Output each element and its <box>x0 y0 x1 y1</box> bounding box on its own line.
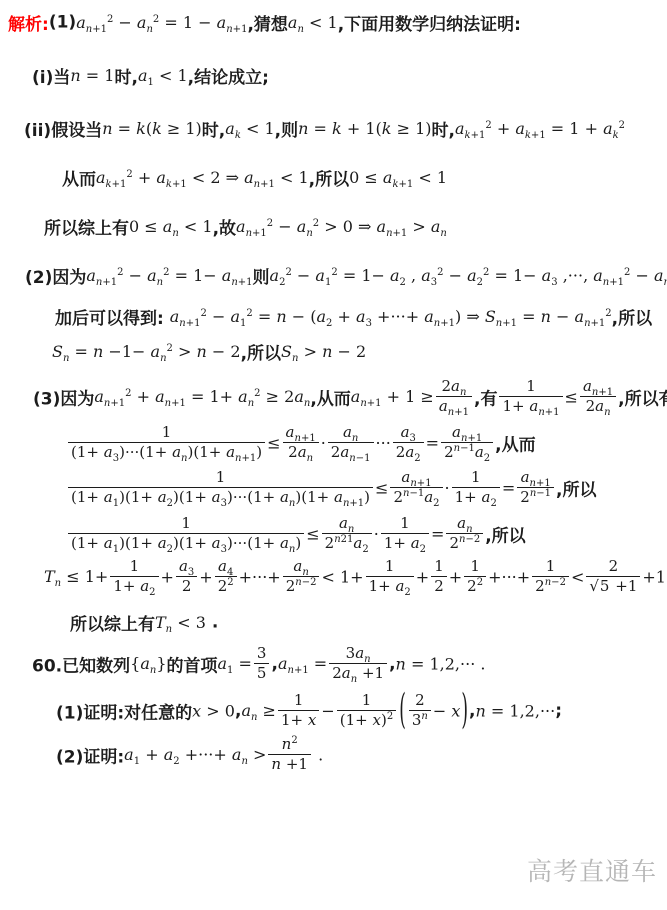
fraction: a32 <box>176 558 197 596</box>
fraction: a422 <box>215 558 237 596</box>
math-run: − x <box>433 701 461 720</box>
math-run: 0 ≤ ak+1 < 1 <box>349 168 447 187</box>
document-line-9: (3)因为an+12 + an+1 = 1+ an2 ≥ 2an,从而an+1 … <box>33 378 667 416</box>
math-run: + <box>199 567 212 586</box>
document-line-14: 所以综上有Tn < 3 . <box>70 610 667 635</box>
math-run: n = 1,2,··· . <box>396 654 486 673</box>
fraction: an2n−2 <box>283 558 320 596</box>
document-line-2: (i)当n = 1时,a1 < 1,结论成立; <box>32 63 667 88</box>
math-run: = <box>426 433 439 452</box>
fraction: n2n +1 <box>268 736 311 774</box>
fraction: 11+ a2 <box>452 469 500 507</box>
fraction: an+12n−1a2 <box>441 424 493 462</box>
math-run: a1 < 1 <box>138 66 188 85</box>
math-run: a1 + a2 +···+ an > <box>124 745 266 764</box>
math-run: +···+ <box>488 567 530 586</box>
math-run: {an} <box>130 654 166 673</box>
document-line-13: Tn ≤ 1+11+ a2+a32+a422+···+an2n−2< 1+11+… <box>44 558 667 596</box>
math-run: + <box>449 567 462 586</box>
text-run: ,所以 <box>612 309 652 329</box>
text-run: ,有 <box>474 389 497 409</box>
fraction: an+12n−1 <box>517 469 554 507</box>
math-run: + <box>161 567 174 586</box>
text-run: (i)当 <box>32 68 70 88</box>
text-run: 则 <box>253 268 270 288</box>
fraction: an+12an <box>580 378 616 416</box>
fraction: 11+ a2 <box>366 558 414 596</box>
fraction: 2√5 +1 <box>586 558 640 596</box>
math-run: an+12 − an2 = 1 − an+1 <box>76 13 247 32</box>
document-line-11: 1(1+ a1)(1+ a2)(1+ a3)···(1+ an)(1+ an+1… <box>66 469 667 507</box>
text-run: 从而 <box>62 170 96 190</box>
label-jiexi: 解析: <box>8 15 49 35</box>
document-line-3: (ii)假设当n = k(k ≥ 1)时,ak < 1,则n = k + 1(k… <box>24 116 667 141</box>
big-paren: ) <box>461 687 468 735</box>
math-run: n = 1,2,··· <box>475 701 555 720</box>
fraction: 35 <box>254 645 270 683</box>
math-run: Tn < 3 <box>155 613 206 632</box>
document-line-17: (2)证明:a1 + a2 +···+ an >n2n +1 . <box>56 736 667 774</box>
text-run: ; <box>555 701 562 721</box>
math-run: ≤ <box>306 524 319 543</box>
math-run: an+12 + an+1 = 1+ an2 ≥ 2an <box>94 387 310 406</box>
text-run: ,从而 <box>495 435 535 455</box>
document-line-15: 60.已知数列{an}的首项a1 =35,an+1 =3an2an +1,n =… <box>32 645 667 683</box>
text-run: (1)证明:对任意的 <box>56 703 192 723</box>
math-run: n = k + 1(k ≥ 1) <box>298 119 431 138</box>
math-run: ≤ <box>565 387 578 406</box>
text-run: 的首项 <box>167 656 218 676</box>
math-run: n = k(k ≥ 1) <box>102 119 202 138</box>
fraction: 11+ x <box>278 692 319 730</box>
math-run: an+12 − a12 = n − (a2 + a3 +···+ an+1) ⇒… <box>170 307 612 326</box>
document-page: 解析:(1)an+12 − an2 = 1 − an+1,猜想an < 1,下面… <box>0 0 667 910</box>
math-run: +···+ <box>239 567 281 586</box>
text-run: ,结论成立; <box>188 68 269 88</box>
text-run: ,所以 <box>241 344 281 364</box>
math-run: an+12 − an2 = 1− an+1 <box>86 266 252 285</box>
math-run: ≤ <box>375 478 388 497</box>
text-run: ,所以 <box>556 480 596 500</box>
text-run: 时, <box>202 121 225 141</box>
math-run: +1+1 < 3 <box>642 567 667 586</box>
document-line-10: 1(1+ a3)···(1+ an)(1+ an+1)≤an+12an·an2a… <box>66 424 667 462</box>
fraction: 3an2an +1 <box>329 645 387 683</box>
text-run: 时, <box>432 121 455 141</box>
math-run: 0 ≤ an < 1 <box>129 217 213 236</box>
math-run: an < 1 <box>288 13 338 32</box>
document-line-8: Sn = n −1− an2 > n − 2,所以Sn > n − 2 <box>52 339 667 364</box>
text-run: 60.已知数列 <box>32 656 130 676</box>
document-line-5: 所以综上有0 ≤ an < 1,故an+12 − an2 > 0 ⇒ an+1 … <box>44 214 667 239</box>
math-run: + <box>416 567 429 586</box>
fraction: an+12n−1a2 <box>390 469 442 507</box>
math-run: < <box>571 567 584 586</box>
math-run: < 1+ <box>321 567 363 586</box>
text-run: ,从而 <box>310 389 350 409</box>
math-run: − <box>321 701 334 720</box>
fraction: an2n−2 <box>446 515 483 553</box>
math-run: ak+12 + ak+1 < 2 ⇒ an+1 < 1 <box>96 168 309 187</box>
fraction: 11+ an+1 <box>499 378 562 416</box>
document-line-6: (2)因为an+12 − an2 = 1− an+1则a22 − a12 = 1… <box>25 263 667 288</box>
text-run: . <box>206 612 218 632</box>
math-run: · <box>445 478 450 497</box>
fraction: 1(1+ a1)(1+ a2)(1+ a3)···(1+ an) <box>68 515 304 553</box>
math-run: = <box>431 524 444 543</box>
fraction: a32a2 <box>393 424 424 462</box>
fraction: an+12an <box>283 424 319 462</box>
document-line-4: 从而ak+12 + ak+1 < 2 ⇒ an+1 < 1,所以0 ≤ ak+1… <box>62 165 667 190</box>
math-run: a22 − a12 = 1− a2 , a32 − a22 = 1− a3 ,·… <box>270 266 667 285</box>
fraction: 2anan+1 <box>436 378 472 416</box>
fraction: 23n <box>409 692 431 730</box>
text-run: (2)证明: <box>56 747 124 767</box>
math-run: x > 0 <box>192 701 235 720</box>
text-run: 时, <box>114 68 137 88</box>
text-run: (2)因为 <box>25 268 86 288</box>
fraction: 1(1+ x)2 <box>337 692 396 730</box>
text-run: ,所以 <box>485 526 525 546</box>
document-line-1: 解析:(1)an+12 − an2 = 1 − an+1,猜想an < 1,下面… <box>8 10 667 35</box>
math-run: ≤ <box>267 433 280 452</box>
fraction: 12n−2 <box>532 558 569 596</box>
document-line-16: (1)证明:对任意的x > 0,an ≥11+ x−1(1+ x)2(23n− … <box>56 692 667 730</box>
text-run: (1) <box>49 13 76 33</box>
text-run: ,所以有 <box>618 389 667 409</box>
math-run: = <box>502 478 515 497</box>
document-line-7: 加后可以得到: an+12 − a12 = n − (a2 + a3 +···+… <box>55 304 667 329</box>
big-paren: ( <box>399 687 406 735</box>
text-run: ,故 <box>213 219 236 239</box>
document-line-12: 1(1+ a1)(1+ a2)(1+ a3)···(1+ an)≤an2n21a… <box>66 515 667 553</box>
text-run: ,所以 <box>309 170 349 190</box>
math-run: . <box>313 745 323 764</box>
fraction: 12 <box>431 558 447 596</box>
text-run: (ii)假设当 <box>24 121 102 141</box>
math-run: an+12 − an2 > 0 ⇒ an+1 > an <box>236 217 447 236</box>
fraction: 1(1+ a1)(1+ a2)(1+ a3)···(1+ an)(1+ an+1… <box>68 469 373 507</box>
fraction: an2n21a2 <box>322 515 372 553</box>
text-run: 所以综上有 <box>70 615 155 635</box>
text-run: ,则 <box>275 121 298 141</box>
math-run: Tn ≤ 1+ <box>44 567 108 586</box>
math-run: an+1 = <box>278 654 327 673</box>
fraction: an2an−1 <box>328 424 374 462</box>
text-run: 加后可以得到: <box>55 309 170 329</box>
math-run: an ≥ <box>241 701 276 720</box>
sqrt-radical: √5 <box>589 576 610 595</box>
math-run: ak < 1 <box>225 119 274 138</box>
math-run: Sn > n − 2 <box>281 342 366 361</box>
math-run: n = 1 <box>70 66 114 85</box>
math-run: an+1 + 1 ≥ <box>351 387 434 406</box>
fraction: 11+ a2 <box>381 515 429 553</box>
math-run: Sn = n −1− an2 > n − 2 <box>52 342 241 361</box>
text-run: (3)因为 <box>33 389 94 409</box>
text-run: ,猜想 <box>247 15 287 35</box>
math-run: a1 = <box>218 654 252 673</box>
text-run: 所以综上有 <box>44 219 129 239</box>
text-run: ,下面用数学归纳法证明: <box>338 15 521 35</box>
fraction: 122 <box>464 558 486 596</box>
watermark: 高考直通车 <box>527 852 657 888</box>
math-run: · <box>374 524 379 543</box>
math-run: · <box>321 433 326 452</box>
fraction: 11+ a2 <box>110 558 158 596</box>
document: 解析:(1)an+12 − an2 = 1 − an+1,猜想an < 1,下面… <box>0 10 667 773</box>
math-run: ··· <box>376 433 391 452</box>
math-run: ak+12 + ak+1 = 1 + ak2 <box>455 119 625 138</box>
fraction: 1(1+ a3)···(1+ an)(1+ an+1) <box>68 424 265 462</box>
